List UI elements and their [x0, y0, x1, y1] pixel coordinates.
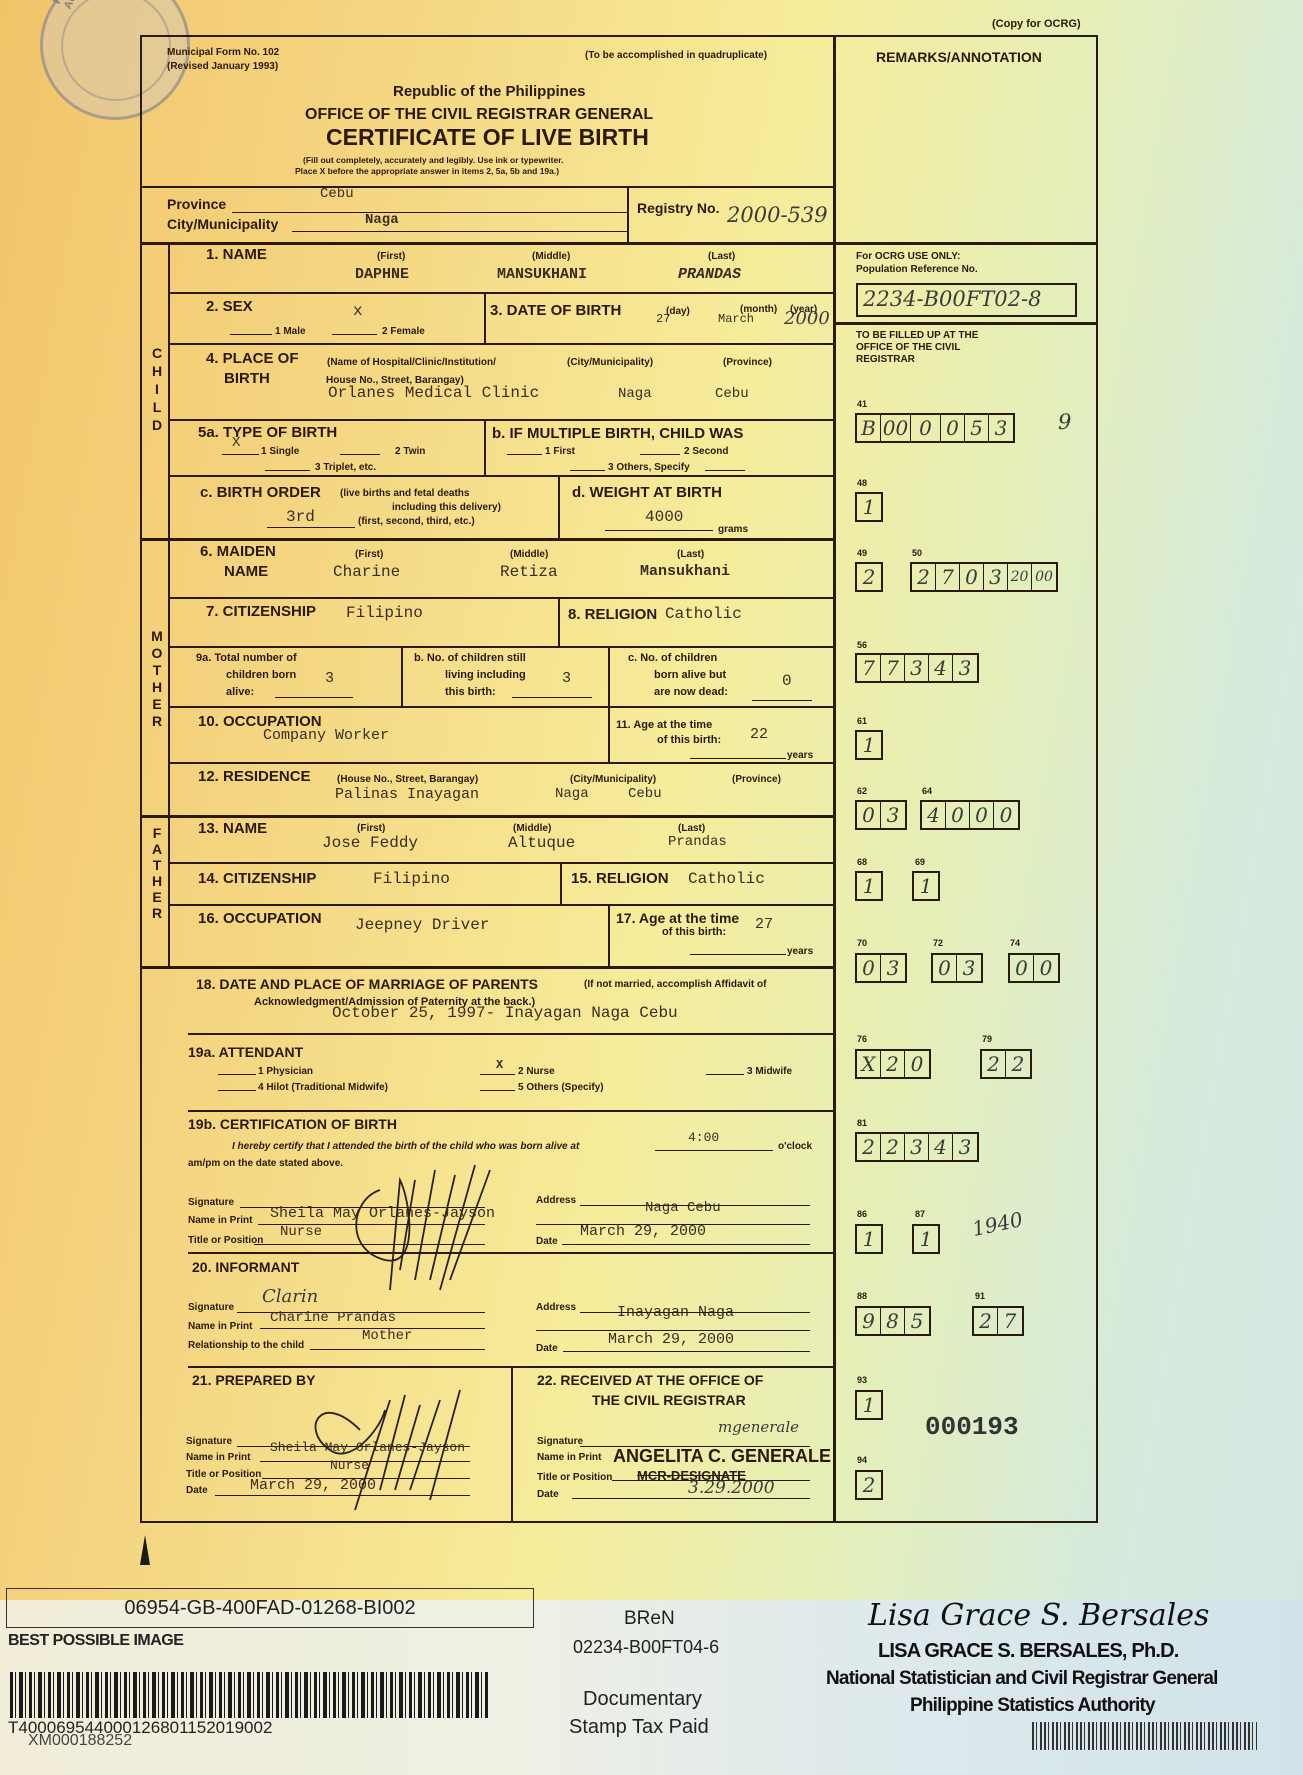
marriage-label: 18. DATE AND PLACE OF MARRIAGE OF PARENT…	[196, 976, 538, 992]
mother-age-unit: years	[787, 750, 813, 761]
father-age: 27	[755, 916, 773, 933]
code-87-cells: 1	[912, 1224, 940, 1254]
code-79-cells: 22	[980, 1049, 1032, 1079]
dob-label: 3. DATE OF BIRTH	[490, 302, 621, 319]
prepared-title: Nurse	[330, 1458, 369, 1473]
last-label: (Last)	[708, 251, 735, 262]
still-living-label: b. No. of children still	[414, 652, 526, 664]
mother-citizenship: Filipino	[346, 604, 423, 622]
code-76-label: 76	[857, 1034, 867, 1044]
code-86-label: 86	[857, 1209, 867, 1219]
born-alive-label: 9a. Total number of	[196, 652, 297, 664]
father-occupation: Jeepney Driver	[355, 916, 489, 934]
code-81-label: 81	[857, 1118, 867, 1128]
code-87-label: 87	[915, 1209, 925, 1219]
birth-order-label: c. BIRTH ORDER	[200, 484, 321, 501]
code-76-cells: X20	[855, 1049, 931, 1079]
mother-religion-label: 8. RELIGION	[568, 606, 657, 623]
received-title-label: Title or Position	[537, 1472, 612, 1483]
certification-text-2: am/pm on the date stated above.	[188, 1158, 343, 1169]
child-middle-name: MANSUKHANI	[497, 266, 587, 283]
code-68-label: 68	[857, 857, 867, 867]
code-86-cells: 1	[855, 1224, 883, 1254]
child-section-label: CHILD	[148, 345, 164, 439]
remarks-divider	[833, 35, 836, 1523]
code-74-cells: 00	[1008, 953, 1060, 983]
cert-address: Naga Cebu	[645, 1200, 721, 1216]
residence-city: Naga	[555, 786, 589, 802]
to-be-filled-label-2: OFFICE OF THE CIVIL	[856, 342, 960, 353]
code-49-label: 49	[857, 548, 867, 558]
sex-mark: x	[353, 302, 363, 320]
cert-signature-scribble	[340, 1160, 510, 1295]
stamp-tax-label-2: Stamp Tax Paid	[569, 1716, 709, 1739]
child-last-name: PRANDAS	[678, 266, 741, 283]
received-name: ANGELITA C. GENERALE	[613, 1446, 831, 1467]
form-revised: (Revised January 1993)	[167, 61, 278, 72]
cert-name: Sheila May Orlanes-Jayson	[270, 1205, 495, 1222]
pob-hospital-label: (Name of Hospital/Clinic/Institution/	[327, 357, 496, 368]
code-48-label: 48	[857, 478, 867, 488]
informant-date: March 29, 2000	[608, 1331, 734, 1348]
child-name-label: 1. NAME	[206, 246, 267, 263]
code-88-cells: 985	[855, 1306, 931, 1336]
pob-label-2: BIRTH	[224, 370, 270, 387]
residence-province: Cebu	[628, 786, 662, 802]
prepared-name: Sheila May Orlanes-Jayson	[270, 1440, 465, 1455]
remarks-header: REMARKS/ANNOTATION	[876, 49, 1042, 65]
code-81-cells: 22343	[855, 1132, 979, 1162]
father-religion: Catholic	[688, 870, 765, 888]
attendant-hilot: 4 Hilot (Traditional Midwife)	[258, 1082, 388, 1093]
code-56-cells: 77343	[855, 653, 979, 683]
pob-label: 4. PLACE OF	[206, 350, 299, 367]
residence-province-label: (Province)	[732, 774, 781, 785]
code-50-cells: 27032000	[910, 562, 1058, 592]
mother-name-label-2: NAME	[224, 563, 268, 580]
birth-order-note-3: (first, second, third, etc.)	[358, 516, 475, 527]
father-last-name: Prandas	[668, 834, 727, 850]
marriage-note: (If not married, accomplish Affidavit of	[584, 979, 766, 990]
code-62-label: 62	[857, 786, 867, 796]
residence-label: 12. RESIDENCE	[198, 768, 311, 785]
official-title: National Statistician and Civil Registra…	[826, 1668, 1218, 1690]
code-62-cells: 03	[855, 800, 907, 830]
informant-address-label: Address	[536, 1302, 576, 1313]
to-be-filled-label-3: REGISTRAR	[856, 354, 915, 365]
informant-name-label: Name in Print	[188, 1321, 252, 1332]
mother-age-label-2: of this birth:	[657, 734, 721, 746]
still-living-label-2: living including	[445, 669, 526, 681]
code-64-cells: 4000	[920, 800, 1020, 830]
code-91-label: 91	[975, 1291, 985, 1301]
received-date-label: Date	[537, 1489, 559, 1500]
form-number: Municipal Form No. 102	[167, 47, 279, 58]
certification-text: I hereby certify that I attended the bir…	[232, 1141, 579, 1152]
type-of-birth-label: 5a. TYPE OF BIRTH	[198, 424, 337, 441]
weight-unit: grams	[718, 524, 748, 535]
cert-signature-label: Signature	[188, 1197, 234, 1208]
sex-option-female: 2 Female	[382, 326, 425, 337]
dead-label-3: are now dead:	[654, 686, 728, 698]
dob-month: March	[718, 312, 754, 326]
father-citizenship: Filipino	[373, 870, 450, 888]
mother-middle-name: Retiza	[500, 563, 558, 581]
pob-city: Naga	[618, 386, 652, 402]
dead-label: c. No. of children	[628, 652, 717, 664]
ocrg-use-only: For OCRG USE ONLY:	[856, 251, 960, 262]
birth-order-note-2: including this delivery)	[392, 502, 501, 513]
document-title: CERTIFICATE OF LIVE BIRTH	[326, 124, 649, 151]
province-value: Cebu	[320, 186, 354, 202]
code-93-label: 93	[857, 1375, 867, 1385]
first-label: (First)	[377, 251, 405, 262]
pob-province-label: (Province)	[723, 357, 772, 368]
quadruplicate-note: (To be accomplished in quadruplicate)	[585, 50, 767, 61]
received-label-2: THE CIVIL REGISTRAR	[592, 1392, 746, 1408]
prepared-name-label: Name in Print	[186, 1452, 250, 1463]
middle-label: (Middle)	[513, 823, 551, 834]
code-41-extra: 9	[1058, 410, 1071, 434]
code-94-label: 94	[857, 1455, 867, 1465]
sex-option-male: 1 Male	[275, 326, 306, 337]
attendant-mark: X	[496, 1058, 503, 1072]
code-64-label: 64	[922, 786, 932, 796]
to-be-filled-label: TO BE FILLED UP AT THE	[856, 330, 978, 341]
code-69-label: 69	[915, 857, 925, 867]
birth-order-value: 3rd	[286, 508, 315, 526]
instructions-2: Place X before the appropriate answer in…	[295, 166, 559, 176]
oclock-label: o'clock	[778, 1141, 812, 1152]
dob-year: 2000	[784, 308, 830, 329]
still-living-value: 3	[562, 670, 571, 687]
last-label: (Last)	[677, 549, 704, 560]
code-74-label: 74	[1010, 938, 1020, 948]
code-61-cells: 1	[855, 730, 883, 760]
weight-value: 4000	[645, 508, 683, 526]
residence-house-label: (House No., Street, Barangay)	[337, 774, 478, 785]
pop-ref-value: 2234-B00FT02-8	[863, 287, 1041, 311]
informant-signature-label: Signature	[188, 1302, 234, 1313]
serial-number: 000193	[925, 1412, 1019, 1442]
prepared-by-label: 21. PREPARED BY	[192, 1372, 315, 1388]
cert-date: March 29, 2000	[580, 1223, 706, 1240]
mother-name-label: 6. MAIDEN	[200, 543, 276, 560]
attendant-nurse: 2 Nurse	[518, 1066, 555, 1077]
last-label: (Last)	[678, 823, 705, 834]
father-religion-label: 15. RELIGION	[571, 870, 669, 887]
registry-label: Registry No.	[637, 200, 719, 216]
code-91-cells: 27	[972, 1306, 1024, 1336]
barcode	[10, 1672, 490, 1718]
first-label: (First)	[357, 823, 385, 834]
father-citizenship-label: 14. CITIZENSHIP	[198, 870, 316, 887]
father-age-unit: years	[787, 946, 813, 957]
child-first-name: DAPHNE	[355, 266, 409, 283]
bren-label: BReN	[624, 1608, 675, 1630]
code-72-label: 72	[933, 938, 943, 948]
prepared-signature-label: Signature	[186, 1436, 232, 1447]
code-72-cells: 03	[931, 953, 983, 983]
still-living-label-3: this birth:	[445, 686, 496, 698]
instructions-1: (Fill out completely, accurately and leg…	[303, 155, 563, 165]
residence-house: Palinas Inayagan	[335, 786, 479, 803]
father-name-label: 13. NAME	[198, 820, 267, 837]
mother-first-name: Charine	[333, 563, 400, 581]
document-code: 06954-GB-400FAD-01268-BI002	[6, 1588, 534, 1628]
city-value: Naga	[365, 212, 399, 228]
born-alive-label-3: alive:	[226, 686, 254, 698]
father-first-name: Jose Feddy	[322, 834, 418, 852]
code-56-label: 56	[857, 640, 867, 650]
multiple-first: 1 First	[545, 446, 575, 457]
pob-hospital: Orlanes Medical Clinic	[328, 384, 539, 402]
prepared-date-label: Date	[186, 1485, 208, 1496]
relationship-value: Mother	[362, 1328, 412, 1344]
born-alive-label-2: children born	[226, 669, 296, 681]
birth-order-note: (live births and fetal deaths	[340, 488, 469, 499]
code-69-cells: 1	[912, 871, 940, 901]
code-41-label: 41	[857, 399, 867, 409]
attendant-others: 5 Others (Specify)	[518, 1082, 604, 1093]
certification-label: 19b. CERTIFICATION OF BIRTH	[188, 1116, 397, 1132]
cert-date-label: Date	[536, 1236, 558, 1247]
multiple-second: 2 Second	[684, 446, 728, 457]
received-signature: mgenerale	[718, 1418, 799, 1436]
mother-age-label: 11. Age at the time	[616, 719, 712, 731]
type-of-birth-mark: X	[232, 435, 240, 451]
code-48-cells: 1	[855, 492, 883, 522]
type-single: 1 Single	[261, 446, 299, 457]
pob-city-label: (City/Municipality)	[567, 357, 653, 368]
mother-last-name: Mansukhani	[640, 563, 730, 580]
attendant-midwife: 3 Midwife	[747, 1066, 792, 1077]
code-94-cells: 2	[855, 1470, 883, 1500]
received-label: 22. RECEIVED AT THE OFFICE OF	[537, 1372, 763, 1388]
informant-date-label: Date	[536, 1343, 558, 1354]
received-signature-label: Signature	[537, 1436, 583, 1447]
cert-title-label: Title or Position	[188, 1235, 263, 1246]
received-name-label: Name in Print	[537, 1452, 601, 1463]
barcode-text-2: XM000188252	[28, 1732, 132, 1750]
code-70-cells: 03	[855, 953, 907, 983]
mother-section-label: MOTHER	[148, 628, 164, 734]
weight-label: d. WEIGHT AT BIRTH	[572, 484, 722, 501]
cert-name-label: Name in Print	[188, 1215, 252, 1226]
cert-address-label: Address	[536, 1195, 576, 1206]
dead-value: 0	[782, 672, 792, 690]
informant-name: Charine Prandas	[270, 1310, 396, 1326]
code-49-cells: 2	[855, 562, 883, 592]
official-signature: Lisa Grace S. Bersales	[868, 1598, 1209, 1633]
office-label: OFFICE OF THE CIVIL REGISTRAR GENERAL	[305, 106, 653, 124]
code-68-cells: 1	[855, 871, 883, 901]
code-50-label: 50	[912, 548, 922, 558]
code-79-label: 79	[982, 1034, 992, 1044]
certification-time: 4:00	[688, 1130, 719, 1145]
multiple-birth-label: b. IF MULTIPLE BIRTH, CHILD WAS	[492, 425, 743, 442]
residence-city-label: (City/Municipality)	[570, 774, 656, 785]
first-label: (First)	[355, 549, 383, 560]
pob-province: Cebu	[715, 386, 749, 402]
mother-occupation: Company Worker	[263, 727, 389, 744]
received-date: 3.29.2000	[688, 1478, 775, 1498]
informant-label: 20. INFORMANT	[192, 1259, 299, 1275]
middle-label: (Middle)	[510, 549, 548, 560]
security-barcode	[1032, 1722, 1257, 1750]
mother-age: 22	[750, 726, 768, 743]
dead-label-2: born alive but	[654, 669, 726, 681]
sex-label: 2. SEX	[206, 298, 253, 315]
attendant-physician: 1 Physician	[258, 1066, 313, 1077]
middle-label: (Middle)	[532, 251, 570, 262]
multiple-others: 3 Others, Specify	[608, 462, 690, 473]
city-label: City/Municipality	[167, 216, 278, 232]
code-70-label: 70	[857, 938, 867, 948]
pop-ref-label: Population Reference No.	[856, 264, 978, 275]
type-twin: 2 Twin	[395, 446, 425, 457]
mother-citizenship-label: 7. CITIZENSHIP	[206, 603, 316, 620]
cert-title: Nurse	[280, 1224, 322, 1240]
official-name: LISA GRACE S. BERSALES, Ph.D.	[878, 1640, 1179, 1663]
father-age-label: 17. Age at the time	[616, 910, 739, 926]
province-label: Province	[167, 196, 226, 212]
father-section-label: FATHER	[148, 825, 164, 925]
stamp-tax-label: Documentary	[583, 1688, 702, 1711]
mother-religion: Catholic	[665, 605, 742, 623]
born-alive-value: 3	[325, 670, 334, 687]
code-88-label: 88	[857, 1291, 867, 1301]
registry-value: 2000-539	[727, 203, 828, 227]
code-61-label: 61	[857, 716, 867, 726]
code-93-cells: 1	[855, 1390, 883, 1420]
father-occupation-label: 16. OCCUPATION	[198, 910, 322, 927]
agency-name: Philippine Statistics Authority	[910, 1695, 1155, 1717]
best-image-label: BEST POSSIBLE IMAGE	[8, 1632, 183, 1650]
type-triplet: 3 Triplet, etc.	[315, 462, 376, 473]
copy-note: (Copy for OCRG)	[992, 18, 1081, 30]
margin-mark	[140, 1535, 150, 1565]
prepared-date: March 29, 2000	[250, 1477, 376, 1494]
relationship-label: Relationship to the child	[188, 1340, 304, 1351]
father-age-label-2: of this birth:	[662, 926, 726, 938]
informant-signature: Clarin	[262, 1286, 318, 1307]
attendant-label: 19a. ATTENDANT	[188, 1044, 303, 1060]
code-41-cells: B000053	[855, 413, 1015, 443]
dob-day: 27	[656, 312, 670, 326]
bren-value: 02234-B00FT04-6	[573, 1637, 719, 1658]
republic-label: Republic of the Philippines	[393, 83, 586, 100]
marriage-value: October 25, 1997- Inayagan Naga Cebu	[332, 1004, 678, 1022]
father-middle-name: Altuque	[508, 834, 575, 852]
